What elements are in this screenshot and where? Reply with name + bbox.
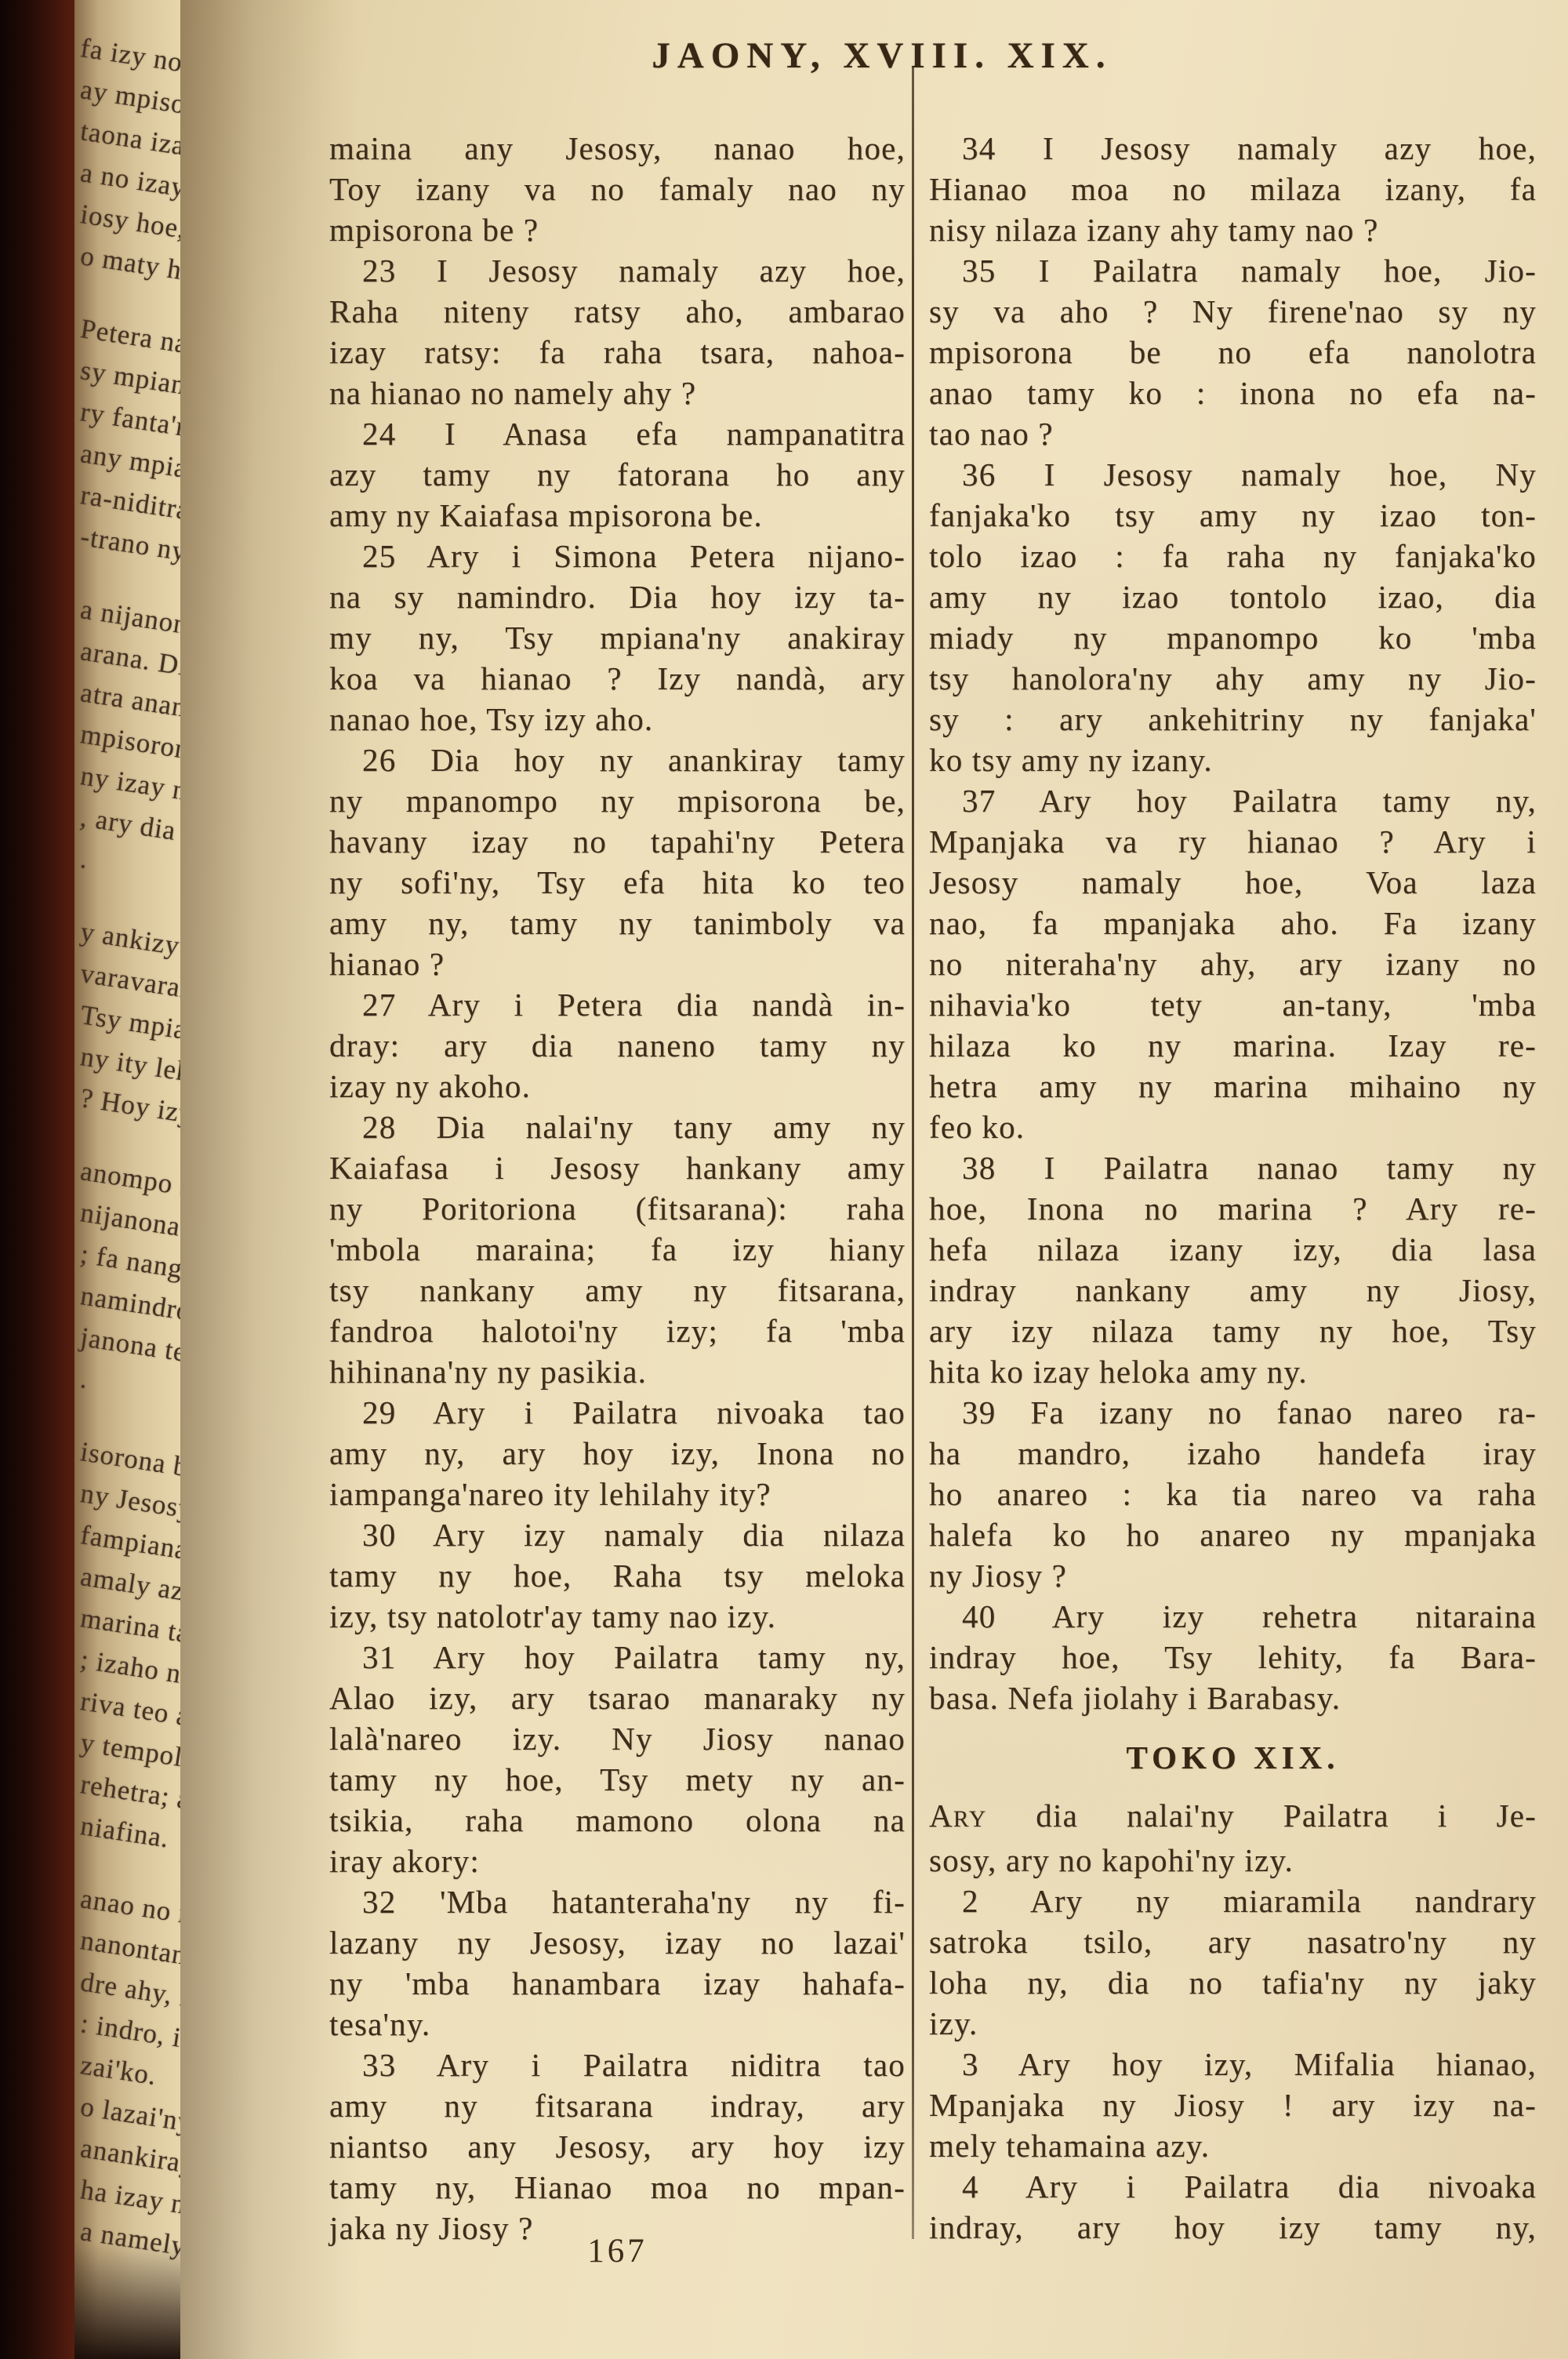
text-line: 29 Ary i Pailatra nivoaka tao	[329, 1392, 906, 1433]
text-line: 4 Ary i Pailatra dia nivoaka	[929, 2166, 1537, 2207]
text-line: ny sofi'ny, Tsy efa hita ko teo	[329, 862, 906, 903]
text-line: basa. Nefa jiolahy i Barabasy.	[929, 1677, 1537, 1718]
partial-text-group: anao no manon-nanontania amydre ahy, iza…	[81, 1877, 184, 2252]
text-line: izay ny akoho.	[329, 1066, 906, 1107]
text-line: 40 Ary izy rehetra nitaraina	[929, 1596, 1537, 1637]
text-line: my ny, Tsy mpiana'ny anakiray	[329, 617, 906, 658]
book-spine	[0, 0, 77, 2359]
text-line: amy ny izao tontolo izao, dia	[929, 576, 1537, 617]
text-line: hilaza ko ny marina. Izay re-	[929, 1025, 1537, 1066]
left-column: maina any Jesosy, nanao hoe,Toy izany va…	[329, 128, 906, 2248]
partial-text-group: anompo sy nynijanona teo re-; fa nangats…	[81, 1150, 184, 1399]
text-line: satroka tsilo, ary nasatro'ny ny	[929, 1921, 1537, 1962]
verse-paragraph: 38 I Pailatra nanao tamy nyhoe, Inona no…	[929, 1147, 1537, 1392]
partial-text-group: y ankizy vavyvaravarana ta-Tsy mpianatra…	[81, 911, 184, 1118]
text-line: Mpanjaka ny Jiosy ! ary izy na-	[929, 2085, 1537, 2125]
text-line: Mpanjaka va ry hianao ? Ary i	[929, 821, 1537, 862]
text-line: hianao ?	[329, 943, 906, 984]
gutter-shadow	[74, 2241, 184, 2359]
book-photo: fa izy no rafo-ay mpisoronataona izany.a…	[0, 0, 1568, 2359]
text-line: tolo izao : fa raha ny fanjaka'ko	[929, 536, 1537, 576]
partial-text-group: fa izy no rafo-ay mpisoronataona izany.a…	[81, 27, 184, 276]
verse-paragraph: 33 Ary i Pailatra niditra taoamy ny fits…	[329, 2045, 906, 2248]
chapter-heading: TOKO XIX.	[929, 1718, 1537, 1795]
text-line: 33 Ary i Pailatra niditra tao	[329, 2045, 906, 2085]
verse-paragraph: 2 Ary ny miaramila nandrarysatroka tsilo…	[929, 1881, 1537, 2044]
text-line: 30 Ary izy namaly dia nilaza	[329, 1514, 906, 1555]
text-line: ho anareo : ka tia nareo va raha	[929, 1474, 1537, 1514]
verse-paragraph: 40 Ary izy rehetra nitarainaindray hoe, …	[929, 1596, 1537, 1718]
text-line: 39 Fa izany no fanao nareo ra-	[929, 1392, 1537, 1433]
verse-paragraph: 23 I Jesosy namaly azy hoe,Raha niteny r…	[329, 250, 906, 413]
column-divider	[912, 67, 914, 2239]
partial-text-line: niafina.	[78, 1805, 184, 1885]
text-line: tsikia, raha mamono olona na	[329, 1800, 906, 1841]
verse-paragraph: 39 Fa izany no fanao nareo ra-ha mandro,…	[929, 1392, 1537, 1596]
text-line: 36 I Jesosy namaly hoe, Ny	[929, 454, 1537, 495]
text-line: amy ny, ary hoy izy, Inona no	[329, 1433, 906, 1474]
text-line: tamy ny hoe, Raha tsy meloka	[329, 1555, 906, 1596]
text-line: amy ny, tamy ny tanimboly va	[329, 903, 906, 943]
verse-paragraph: 30 Ary izy namaly dia nilazatamy ny hoe,…	[329, 1514, 906, 1637]
text-line: 24 I Anasa efa nampanatitra	[329, 413, 906, 454]
text-line: 38 I Pailatra nanao tamy ny	[929, 1147, 1537, 1188]
text-line: 25 Ary i Simona Petera nijano-	[329, 536, 906, 576]
verse-paragraph: 27 Ary i Petera dia nandà in-dray: ary d…	[329, 984, 906, 1107]
text-line: sy va aho ? Ny firene'nao sy ny	[929, 291, 1537, 332]
text-line: tamy ny, Hianao moa no mpan-	[329, 2167, 906, 2208]
text-line: 2 Ary ny miaramila nandrary	[929, 1881, 1537, 1921]
text-line: feo ko.	[929, 1107, 1537, 1147]
text-line: loha ny, dia no tafia'ny ny jaky	[929, 1962, 1537, 2003]
small-caps-lead: ry	[953, 1807, 987, 1832]
text-line: 32 'Mba hatanteraha'ny ny fi-	[329, 1881, 906, 1922]
text-line: tao nao ?	[929, 413, 1537, 454]
book-page: JAONY, XVIII. XIX. maina any Jesosy, nan…	[180, 0, 1568, 2359]
text-line: Alao izy, ary tsarao manaraky ny	[329, 1677, 906, 1718]
text-line: dray: ary dia naneno tamy ny	[329, 1025, 906, 1066]
text-line: lazany ny Jesosy, izay no lazai'	[329, 1922, 906, 1963]
text-line: na sy namindro. Dia hoy izy ta-	[329, 576, 906, 617]
text-line: halefa ko ho anareo ny mpanjaka	[929, 1514, 1537, 1555]
text-line: amy ny Kaiafasa mpisorona be.	[329, 495, 906, 536]
text-line: 26 Dia hoy ny anankiray tamy	[329, 740, 906, 780]
verse-paragraph: 34 I Jesosy namaly azy hoe,Hianao moa no…	[929, 128, 1537, 250]
verse-paragraph: 28 Dia nalai'ny tany amy nyKaiafasa i Je…	[329, 1107, 906, 1392]
verse-paragraph: maina any Jesosy, nanao hoe,Toy izany va…	[329, 128, 906, 250]
text-line: azy tamy ny fatorana ho any	[329, 454, 906, 495]
verse-paragraph: Ary dia nalai'ny Pailatra i Je-sosy, ary…	[929, 1795, 1537, 1881]
text-line: Toy izany va no famaly nao ny	[329, 169, 906, 209]
text-line: Raha niteny ratsy aho, ambarao	[329, 291, 906, 332]
verse-paragraph: 29 Ary i Pailatra nivoaka taoamy ny, ary…	[329, 1392, 906, 1514]
verse-paragraph: 36 I Jesosy namaly hoe, Nyfanjaka'ko tsy…	[929, 454, 1537, 780]
partial-text-group: isorona be na-ny Jesosy izayfampianara'n…	[81, 1430, 184, 1846]
previous-page-text-clip: fa izy no rafo-ay mpisoronataona izany.a…	[74, 0, 184, 2359]
text-line: ha mandro, izaho handefa iray	[929, 1433, 1537, 1474]
text-line: anao tamy ko : inona no efa na-	[929, 373, 1537, 413]
verse-paragraph: 26 Dia hoy ny anankiray tamyny mpanompo …	[329, 740, 906, 984]
text-line: 34 I Jesosy namaly azy hoe,	[929, 128, 1537, 169]
text-line: 27 Ary i Petera dia nandà in-	[329, 984, 906, 1025]
text-line: tsy hanolora'ny ahy amy ny Jio-	[929, 658, 1537, 699]
text-line: ny mpanompo ny mpisorona be,	[329, 780, 906, 821]
text-line: nisy nilaza izany ahy tamy nao ?	[929, 209, 1537, 250]
verse-paragraph: 4 Ary i Pailatra dia nivoakaindray, ary …	[929, 2166, 1537, 2248]
text-line: nihavia'ko tety an-tany, 'mba	[929, 984, 1537, 1025]
text-line: 3 Ary hoy izy, Mifalia hianao,	[929, 2044, 1537, 2085]
partial-text-line: .	[78, 838, 184, 918]
verse-paragraph: 35 I Pailatra namaly hoe, Jio-sy va aho …	[929, 250, 1537, 454]
text-line: lalà'nareo izy. Ny Jiosy nanao	[329, 1718, 906, 1759]
partial-text-line: -trano ny mpi.	[78, 515, 184, 596]
verse-paragraph: 24 I Anasa efa nampanatitraazy tamy ny f…	[329, 413, 906, 536]
text-line: hihinana'ny ny pasikia.	[329, 1351, 906, 1392]
text-line: miady ny mpanompo ko 'mba	[929, 617, 1537, 658]
text-line: iampanga'nareo ity lehilahy ity?	[329, 1474, 906, 1514]
text-line: ny 'mba hanambara izay hahafa-	[329, 1963, 906, 2004]
text-line: iray akory:	[329, 1841, 906, 1881]
text-line: indray nankany amy ny Jiosy,	[929, 1270, 1537, 1310]
text-line: 23 I Jesosy namaly azy hoe,	[329, 250, 906, 291]
text-line: Ary dia nalai'ny Pailatra i Je-	[929, 1795, 1537, 1840]
text-line: Jesosy namaly hoe, Voa laza	[929, 862, 1537, 903]
verse-paragraph: 25 Ary i Simona Petera nijano-na sy nami…	[329, 536, 906, 740]
text-line: 35 I Pailatra namaly hoe, Jio-	[929, 250, 1537, 291]
partial-text-line: .	[78, 1358, 184, 1438]
verse-paragraph: 32 'Mba hatanteraha'ny ny fi-lazany ny J…	[329, 1881, 906, 2045]
text-line: tesa'ny.	[329, 2004, 906, 2045]
text-line: 31 Ary hoy Pailatra tamy ny,	[329, 1637, 906, 1677]
running-header: JAONY, XVIII. XIX.	[329, 35, 1435, 77]
text-line: izy, tsy natolotr'ay tamy nao izy.	[329, 1596, 906, 1637]
text-line: indray, ary hoy izy tamy ny,	[929, 2207, 1537, 2248]
page-number: 167	[329, 2232, 906, 2270]
text-line: no niteraha'ny ahy, ary izany no	[929, 943, 1537, 984]
text-line: ko tsy amy ny izany.	[929, 740, 1537, 780]
text-line: indray hoe, Tsy lehity, fa Bara-	[929, 1637, 1537, 1677]
text-line: hita ko izay heloka amy ny.	[929, 1351, 1537, 1392]
text-line: nao, fa mpanjaka aho. Fa izany	[929, 903, 1537, 943]
partial-text-line: o maty hisolo	[78, 234, 184, 315]
text-line: fandroa halotoi'ny izy; fa 'mba	[329, 1310, 906, 1351]
text-line: koa va hianao ? Izy nandà, ary	[329, 658, 906, 699]
partial-text-group: Petera nana-sy mpianatrary fanta'ny nyan…	[81, 307, 184, 557]
text-line: amy ny fitsarana indray, ary	[329, 2085, 906, 2126]
text-line: sy : ary ankehitriny ny fanjaka'	[929, 699, 1537, 740]
text-line: mpisorona be no efa nanolotra	[929, 332, 1537, 373]
text-line: havany izay no tapahi'ny Petera	[329, 821, 906, 862]
text-line: sosy, ary no kapohi'ny izy.	[929, 1840, 1537, 1881]
text-line: izy.	[929, 2003, 1537, 2044]
partial-text-line: ? Hoy izy, Tsy	[78, 1077, 184, 1158]
text-line: na hianao no namely ahy ?	[329, 373, 906, 413]
previous-page-partial-text: fa izy no rafo-ay mpisoronataona izany.a…	[81, 27, 184, 2283]
text-line: niantso any Jesosy, ary hoy izy	[329, 2126, 906, 2167]
text-line: tsy nankany amy ny fitsarana,	[329, 1270, 906, 1310]
text-line: 37 Ary hoy Pailatra tamy ny,	[929, 780, 1537, 821]
right-column: 34 I Jesosy namaly azy hoe,Hianao moa no…	[929, 128, 1537, 2248]
text-line: hefa nilaza izany izy, dia lasa	[929, 1229, 1537, 1270]
text-line: hetra amy ny marina mihaino ny	[929, 1066, 1537, 1107]
text-line: ny Poritoriona (fitsarana): raha	[329, 1188, 906, 1229]
text-line: 28 Dia nalai'ny tany amy ny	[329, 1107, 906, 1147]
verse-paragraph: 37 Ary hoy Pailatra tamy ny,Mpanjaka va …	[929, 780, 1537, 1147]
text-line: mpisorona be ?	[329, 209, 906, 250]
text-line: mely tehamaina azy.	[929, 2125, 1537, 2166]
text-line: fanjaka'ko tsy amy ny izao ton-	[929, 495, 1537, 536]
text-line: Hianao moa no milaza izany, fa	[929, 169, 1537, 209]
text-line: ary izy nilaza tamy ny hoe, Tsy	[929, 1310, 1537, 1351]
page-content: JAONY, XVIII. XIX. maina any Jesosy, nan…	[329, 0, 1537, 2359]
text-line: nanao hoe, Tsy izy aho.	[329, 699, 906, 740]
text-line: tamy ny hoe, Tsy mety ny an-	[329, 1759, 906, 1800]
text-line: hoe, Inona no marina ? Ary re-	[929, 1188, 1537, 1229]
partial-text-group: a nijanona teoarana. Dia ni-atra anankir…	[81, 588, 184, 879]
text-line: 'mbola maraina; fa izy hiany	[329, 1229, 906, 1270]
text-line: maina any Jesosy, nanao hoe,	[329, 128, 906, 169]
verse-paragraph: 31 Ary hoy Pailatra tamy ny,Alao izy, ar…	[329, 1637, 906, 1881]
text-line: Kaiafasa i Jesosy hankany amy	[329, 1147, 906, 1188]
verse-paragraph: 3 Ary hoy izy, Mifalia hianao,Mpanjaka n…	[929, 2044, 1537, 2166]
text-line: izay ratsy: fa raha tsara, nahoa-	[329, 332, 906, 373]
text-line: ny Jiosy ?	[929, 1555, 1537, 1596]
